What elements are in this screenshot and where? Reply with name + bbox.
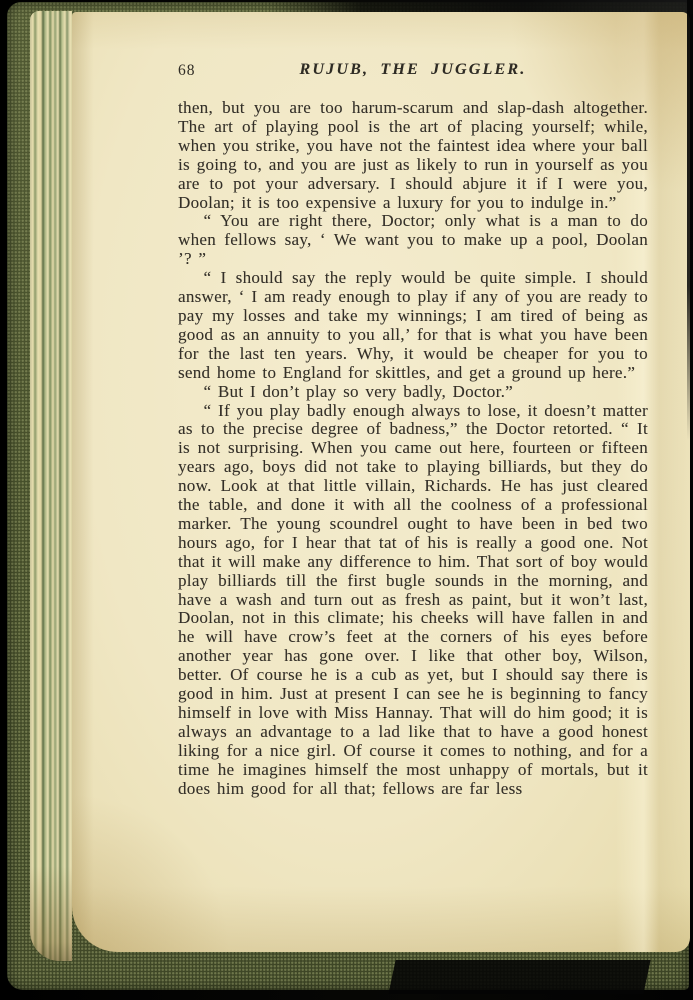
page-text: then, but you are too harum-scarum and s…: [178, 99, 648, 799]
paragraph: “ You are right there, Doctor; only what…: [178, 212, 648, 269]
cover-bottom-shadow: [388, 960, 650, 994]
paragraph: “ But I don’t play so very badly, Doctor…: [178, 383, 648, 402]
paragraph: “ If you play badly enough always to los…: [178, 402, 648, 799]
running-title: RUJUB, THE JUGGLER.: [178, 61, 648, 79]
right-edge-shadow: [687, 0, 693, 440]
page-edge-stack: [30, 11, 72, 961]
page-header: 68 RUJUB, THE JUGGLER.: [178, 61, 648, 83]
paragraph: then, but you are too harum-scarum and s…: [178, 99, 648, 212]
paragraph: “ I should say the reply would be quite …: [178, 269, 648, 382]
scanned-book-photo: 68 RUJUB, THE JUGGLER. then, but you are…: [0, 0, 693, 1000]
page-number: 68: [178, 62, 196, 80]
book-page: 68 RUJUB, THE JUGGLER. then, but you are…: [72, 12, 690, 952]
